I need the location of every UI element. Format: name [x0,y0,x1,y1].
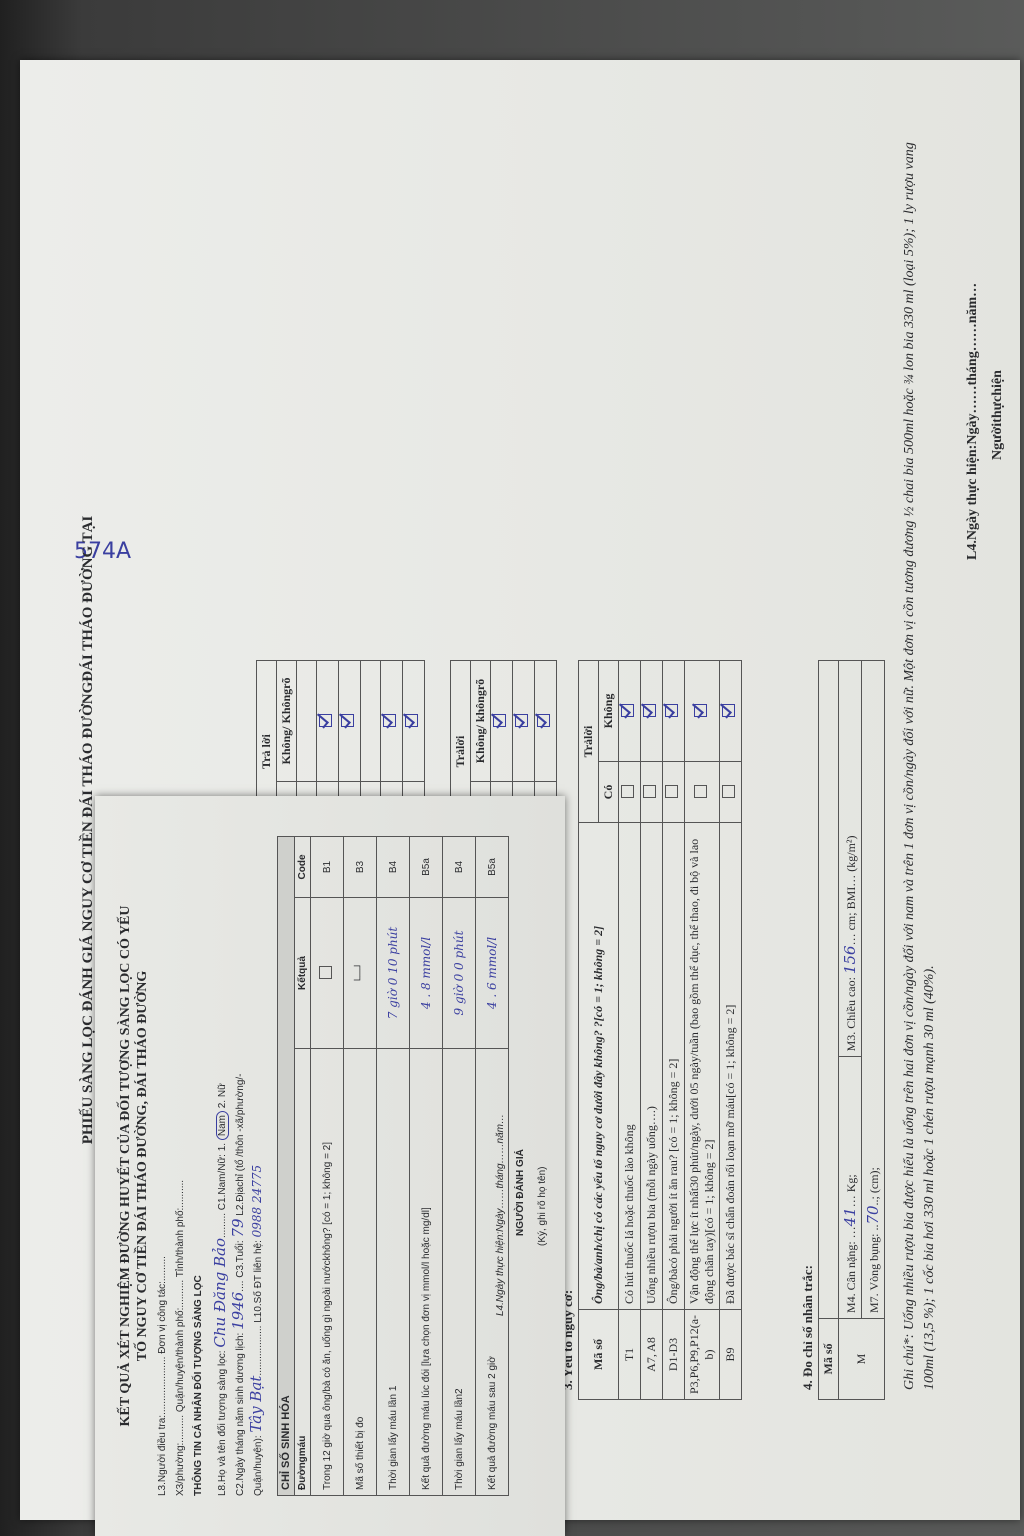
checkbox-no[interactable] [405,715,418,728]
province-label: Tỉnh/thành phố: [175,1208,186,1278]
row-result[interactable]: 4 . 8 mmol/l [410,898,443,1049]
anthropometric-table: Mã số M M4. Cân nặng: …41… Kg; M3. Chiều… [818,660,885,1400]
dob-value: 1946 [229,1292,247,1330]
waist-cell: M7. Vòng bụng: ..70..; (cm); [862,661,885,1319]
district2-value: Tây Bạt [247,1376,265,1433]
phone-label: L10.Số ĐT liên hệ: [253,1240,264,1323]
col-no: Không/ khôngrõ [471,661,491,782]
checkbox-no[interactable] [694,705,707,718]
height-value: 156 [841,945,859,974]
row-label: Thời gian lấy máu lần 1 [377,1049,410,1496]
checkbox-no[interactable] [665,705,678,718]
gender-label: C1.Nam/Nữ: 1. [217,1143,228,1210]
row-code: T1 [619,1309,641,1399]
sign-hint: (Ký, ghi rõ họ tên) [537,1167,548,1246]
checkbox-yes[interactable] [722,786,735,799]
address-label: L2.Địachỉ (tổ /thôn -xã/phường/- [235,1073,246,1215]
signer-label: Ngườithựchiện [990,370,1006,460]
table-row: Trong 12 giờ qua ông/bà có ăn, uống gì n… [311,837,344,1496]
row-code: A7, A8 [641,1309,663,1399]
checkbox-yes[interactable] [621,786,634,799]
gender-male-selected: Nam [216,1111,229,1140]
row-code: B1 [311,837,344,898]
col-no: Không/ Khôngrõ [277,661,297,782]
district2-label: Quận/huyện): [253,1435,264,1496]
row-code: B3 [344,837,377,898]
row-text: Ông/bàcó phải người ít ăn rau? [có = 1; … [663,823,685,1310]
glucose-result-page: KẾT QUẢ XÉT NGHIỆM ĐƯỜNG HUYẾT CỦA ĐỐI T… [95,796,565,1536]
checkbox-no[interactable] [537,715,550,728]
checkbox-no[interactable] [722,705,735,718]
table-row: P3,P6,P9,P12(a-b)Vận động thể lực ít nhấ… [685,661,720,1400]
row-text: Đã được bác sĩ chẩn đoán rối loạn mỡ máu… [720,823,742,1310]
bmi-label: BMI… (kg/m²) [844,835,858,909]
name-label: L8.Họ và tên đối tượng sàng lọc: [217,1350,228,1496]
checkbox-no[interactable] [341,715,354,728]
checkbox-no[interactable] [383,715,396,728]
col-code: Code [295,837,311,898]
col-test: Đườngmáu [295,1049,311,1496]
row-text: Vận động thể lực ít nhất30 phút/ngày, dư… [685,823,720,1310]
checkbox-no[interactable] [515,715,528,728]
checkbox-no[interactable] [643,705,656,718]
col-question: Ông/bà/anh/chị có các yếu tố nguy cơ dướ… [579,823,619,1310]
weight-value: 41 [841,1207,859,1226]
row-code: B5a [410,837,443,898]
form-title: KẾT QUẢ XÉT NGHIỆM ĐƯỜNG HUYẾT CỦA ĐỐI T… [117,816,151,1516]
biochemistry-table: CHỈ SỐ SINH HÓA Đườngmáu Kếtquả Code Tro… [277,836,509,1496]
row-label: Mã số thiết bị đo [344,1049,377,1496]
checkbox-yes[interactable] [665,786,678,799]
unit-label: Đơn vị công tác: [157,1281,168,1354]
table-row: B9Đã được bác sĩ chẩn đoán rối loạn mỡ m… [720,661,742,1400]
age-value: 79 [229,1218,247,1237]
checkbox-no[interactable] [621,705,634,718]
checkbox-no[interactable] [493,715,506,728]
row-code: P3,P6,P9,P12(a-b) [685,1309,720,1399]
col-code: Mã số [579,1309,619,1399]
checkbox[interactable] [319,967,332,980]
row-label: Thời gian lấy máu lần2 [443,1049,476,1496]
row-label: Trong 12 giờ qua ông/bà có ăn, uống gì n… [311,1049,344,1496]
col-result: Kếtquả [295,898,311,1049]
checkbox-yes[interactable] [643,786,656,799]
row-result[interactable]: 4 . 6 mmol/l [476,898,509,1049]
phone-value: 0988 24775 [250,1165,264,1238]
row-text: Có hút thuốc lá hoặc thuốc lào không [619,823,641,1310]
table-row: Kết quả đường máu lúc đói [lựa chọn đơn … [410,837,443,1496]
table-row: Thời gian lấy máu lần 17 giờ 0 10 phútB4 [377,837,410,1496]
risk-factor-table: Mã số Ông/bà/anh/chị có các yếu tố nguy … [578,660,742,1400]
l3-label: L3.Người điều tra: [157,1415,168,1496]
row-result[interactable]: 7 giờ 0 10 phút [377,898,410,1049]
section-4-heading: 4. Đo chỉ số nhân trắc: [800,1265,816,1390]
row-text: Uống nhiều rượu bia (mỗi ngày uống….) [641,823,663,1310]
col-answer: Trảlời [579,661,599,823]
table-row: A7, A8Uống nhiều rượu bia (mỗi ngày uống… [641,661,663,1400]
table-row: D1-D3Ông/bàcó phải người ít ăn rau? [có … [663,661,685,1400]
weight-cell: M4. Cân nặng: …41… Kg; [839,1057,862,1319]
table-heading: CHỈ SỐ SINH HÓA [278,837,295,1496]
col-no: Không [599,661,619,762]
date-line: L4.Ngày thực hiện:Ngày……tháng……năm… [495,1114,506,1316]
row-code: B5a [476,837,509,898]
col-code: Mã số [819,1319,839,1400]
row-label: Kết quả đường máu lúc đói [lựa chọn đơn … [410,1049,443,1496]
row-result[interactable]: 9 giờ 0 0 phút [443,898,476,1049]
row-code: B4 [377,837,410,898]
height-cell: M3. Chiều cao: 156… cm; BMI… (kg/m²) [839,661,862,1057]
waist-value: 70 [864,1205,882,1224]
col-yes: Có [599,762,619,823]
date-line: L4.Ngày thực hiện:Ngày……tháng……năm… [965,283,981,560]
row-result[interactable]: └─┘ [344,898,377,1049]
age-label: C3.Tuổi: [235,1240,246,1277]
evaluator-label: NGƯỜI ĐÁNH GIÁ [515,1149,526,1236]
table-row: Mã số thiết bị đo└─┘B3 [344,837,377,1496]
ward-label: X3/phường: [175,1443,186,1496]
gender-female: 2. Nữ [217,1083,228,1108]
row-code: B4 [443,837,476,898]
row-code: B9 [720,1309,742,1399]
code-m: M [839,1319,885,1400]
checkbox-no[interactable] [319,715,332,728]
table-row: T1Có hút thuốc lá hoặc thuốc lào không [619,661,641,1400]
footnote: Ghi chú*: Uống nhiều rượu bia được hiểu … [900,140,940,1390]
checkbox-yes[interactable] [694,786,707,799]
dob-label: C2.Ngày tháng năm sinh dương lịch: [235,1333,246,1496]
personal-info-heading: THÔNG TIN CÁ NHÂN ĐỐI TƯỢNG SÀNG LỌC [193,1275,204,1496]
table-row: Thời gian lấy máu lần29 giờ 0 0 phútB4 [443,837,476,1496]
row-result [311,898,344,1049]
district-label: Quận/huyện/thành phố: [175,1308,186,1413]
row-code: D1-D3 [663,1309,685,1399]
name-value: Chu Đăng Bảo [211,1238,229,1348]
